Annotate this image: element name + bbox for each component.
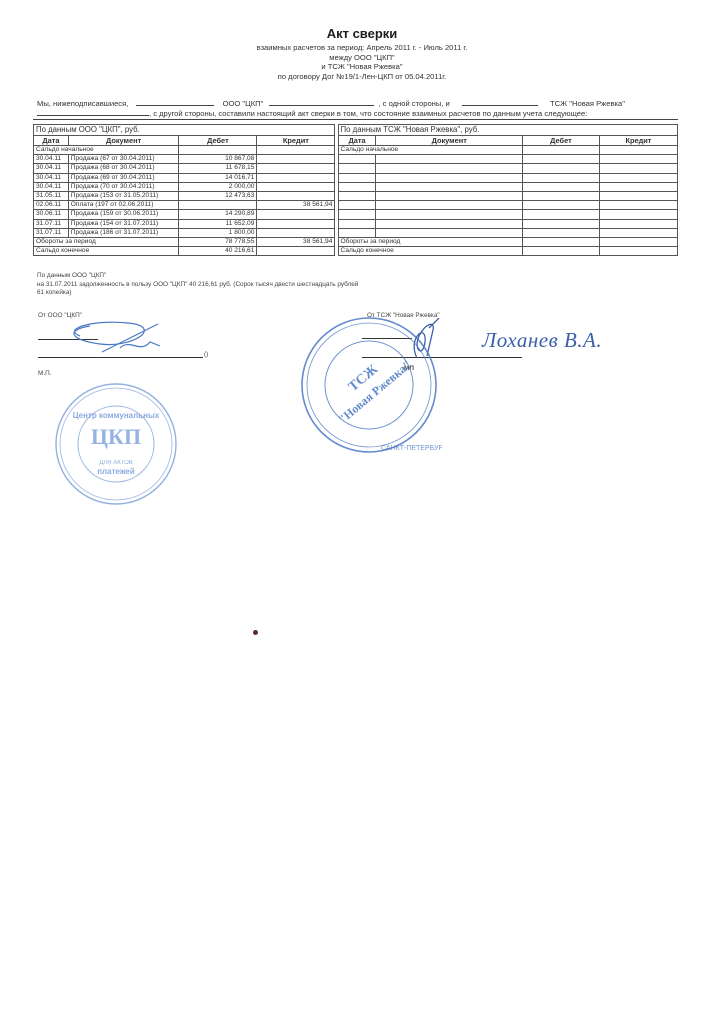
entry-document: Продажа (67 от 30.04.2011)	[68, 155, 179, 164]
turnover-label: Обороты за период	[338, 237, 522, 246]
entry-date: 30.04.11	[34, 173, 69, 182]
table-row: Сальдо начальноеСальдо начальное	[34, 146, 678, 155]
svg-text:платежей: платежей	[97, 467, 135, 476]
table-cell	[522, 228, 599, 237]
table-cell	[599, 247, 677, 256]
table-cell	[599, 182, 677, 191]
entry-credit	[257, 173, 335, 182]
table-cell	[599, 146, 677, 155]
entry-document: Продажа (159 от 30.06.2011)	[68, 210, 179, 219]
and-line: и ТСЖ "Новая Ржевка"	[0, 62, 724, 71]
entry-credit	[257, 219, 335, 228]
entry-date: 31.07.11	[34, 219, 69, 228]
party-2: ТСЖ "Новая Ржевка"	[550, 99, 625, 108]
entry-document: Продажа (154 от 31.07.2011)	[68, 219, 179, 228]
table-cell	[599, 191, 677, 200]
entry-debit: 10 867,08	[179, 155, 257, 164]
turnover-label: Обороты за период	[34, 237, 179, 246]
entry-credit	[257, 228, 335, 237]
table-cell	[179, 146, 257, 155]
table-cell	[599, 201, 677, 210]
blank-field	[37, 108, 149, 116]
table-row: 31.05.11Продажа (153 от 31.05.2011)12 47…	[34, 191, 678, 200]
entry-date: 02.06.11	[34, 201, 69, 210]
table-cell	[376, 155, 522, 164]
entry-document: Продажа (68 от 30.04.2011)	[68, 164, 179, 173]
table-cell	[599, 210, 677, 219]
table-cell	[338, 210, 376, 219]
table-row: 30.04.11Продажа (70 от 30.04.2011)2 000,…	[34, 182, 678, 191]
between-line: между ООО "ЦКП"	[0, 53, 724, 62]
blank-field	[269, 98, 374, 106]
table-row: 31.07.11Продажа (154 от 31.07.2011)11 65…	[34, 219, 678, 228]
ckp-stamp-icon: ЦКП Центр коммунальных платежей ДЛЯ АКТО…	[44, 378, 184, 508]
closing-balance-label: Сальдо конечное	[338, 247, 522, 256]
table-cell	[338, 155, 376, 164]
entry-debit	[179, 201, 257, 210]
blank-field	[462, 98, 538, 106]
entry-debit: 14 290,89	[179, 210, 257, 219]
entry-date: 31.05.11	[34, 191, 69, 200]
entry-date: 30.04.11	[34, 164, 69, 173]
left-caption: По данным ООО "ЦКП", руб.	[34, 125, 335, 136]
table-cell	[522, 173, 599, 182]
closing-debit: 40 216,61	[179, 247, 257, 256]
table-cell	[376, 219, 522, 228]
table-cell	[376, 210, 522, 219]
entry-credit	[257, 191, 335, 200]
table-cell	[338, 164, 376, 173]
entry-debit: 11 678,15	[179, 164, 257, 173]
table-cell	[338, 191, 376, 200]
opening-balance-label: Сальдо начальное	[34, 146, 179, 155]
entry-debit: 1 800,00	[179, 228, 257, 237]
table-cell	[522, 191, 599, 200]
opening-balance-label: Сальдо начальное	[338, 146, 522, 155]
column-header: Дата	[338, 136, 376, 146]
tszh-stamp-icon: ТСЖ "Новая Ржевка" САНКТ-ПЕТЕРБУРГ	[296, 312, 442, 458]
entry-debit: 11 652,09	[179, 219, 257, 228]
entry-date: 30.06.11	[34, 210, 69, 219]
entry-document: Продажа (70 от 30.04.2011)	[68, 182, 179, 191]
table-cell	[522, 247, 599, 256]
table-cell	[257, 146, 335, 155]
table-cell	[599, 219, 677, 228]
debt-note: По данным ООО "ЦКП" на 31.07.2011 задолж…	[37, 272, 367, 298]
table-cell	[338, 182, 376, 191]
table-cell	[338, 228, 376, 237]
table-cell	[376, 191, 522, 200]
svg-text:ДЛЯ АКТОВ: ДЛЯ АКТОВ	[99, 460, 133, 466]
table-cell	[522, 155, 599, 164]
table-cell	[599, 228, 677, 237]
intro-text-2: , с одной стороны, и	[378, 99, 449, 108]
table-row: 30.04.11Продажа (68 от 30.04.2011)11 678…	[34, 164, 678, 173]
table-row: 30.04.11Продажа (69 от 30.04.2011)14 016…	[34, 173, 678, 182]
table-cell	[599, 237, 677, 246]
table-row: ДатаДокументДебетКредитДатаДокументДебет…	[34, 136, 678, 146]
entry-document: Продажа (186 от 31.07.2011)	[68, 228, 179, 237]
intro-line-2: , с другой стороны, составили настоящий …	[37, 108, 677, 118]
table-cell	[376, 182, 522, 191]
party-1: ООО "ЦКП"	[223, 99, 264, 108]
table-cell	[338, 201, 376, 210]
column-header: Документ	[376, 136, 522, 146]
entry-credit	[257, 164, 335, 173]
svg-text:ЦКП: ЦКП	[91, 424, 141, 449]
svg-text:САНКТ-ПЕТЕРБУРГ: САНКТ-ПЕТЕРБУРГ	[381, 445, 442, 452]
entry-date: 30.04.11	[34, 182, 69, 191]
entry-debit: 14 016,71	[179, 173, 257, 182]
entry-debit: 2 000,00	[179, 182, 257, 191]
note-debt-statement: на 31.07.2011 задолженность в пользу ООО…	[37, 281, 367, 298]
table-cell	[338, 173, 376, 182]
table-cell	[376, 228, 522, 237]
column-header: Документ	[68, 136, 179, 146]
table-cell	[599, 173, 677, 182]
intro-text-1: Мы, нижеподписавшиеся,	[37, 99, 128, 108]
table-cell	[522, 182, 599, 191]
table-cell	[599, 155, 677, 164]
table-cell	[522, 237, 599, 246]
closing-balance-label: Сальдо конечное	[34, 247, 179, 256]
entry-date: 31.07.11	[34, 228, 69, 237]
table-row: 30.06.11Продажа (159 от 30.06.2011)14 29…	[34, 210, 678, 219]
intro-text-3: , с другой стороны, составили настоящий …	[149, 109, 587, 118]
table-cell	[376, 164, 522, 173]
column-header: Дата	[34, 136, 69, 146]
period-line: взаимных расчетов за период: Апрель 2011…	[0, 43, 724, 52]
right-caption: По данным ТСЖ "Новая Ржевка", руб.	[338, 125, 677, 136]
entry-credit	[257, 210, 335, 219]
seal-label-mp: М.П.	[38, 370, 51, 377]
document-title: Акт сверки	[0, 26, 724, 41]
column-header: Кредит	[599, 136, 677, 146]
note-source: По данным ООО "ЦКП"	[37, 272, 367, 281]
intro-line-1: Мы, нижеподписавшиеся, ООО "ЦКП" , с одн…	[37, 98, 677, 108]
turnover-debit: 78 778,55	[179, 237, 257, 246]
reconciliation-table: По данным ООО "ЦКП", руб.По данным ТСЖ "…	[33, 124, 678, 256]
entry-debit: 12 473,63	[179, 191, 257, 200]
table-cell	[522, 146, 599, 155]
svg-text:Центр коммунальных: Центр коммунальных	[73, 411, 160, 420]
table-cell	[522, 210, 599, 219]
entry-credit	[257, 182, 335, 191]
table-row: Сальдо конечное40 216,61Сальдо конечное	[34, 247, 678, 256]
column-header: Дебет	[522, 136, 599, 146]
table-row: 02.06.11Оплата (197 от 02.06.2011)38 561…	[34, 201, 678, 210]
table-row: Обороты за период78 778,5538 561,94Оборо…	[34, 237, 678, 246]
entry-document: Оплата (197 от 02.06.2011)	[68, 201, 179, 210]
table-cell	[522, 201, 599, 210]
closing-credit	[257, 247, 335, 256]
signature-paren: ()	[204, 351, 208, 358]
column-header: Дебет	[179, 136, 257, 146]
blank-field	[136, 98, 214, 106]
column-header: Кредит	[257, 136, 335, 146]
table-cell	[599, 164, 677, 173]
table-row: 30.04.11Продажа (67 от 30.04.2011)10 867…	[34, 155, 678, 164]
contract-line: по договору Дог №19/1-Лен-ЦКП от 05.04.2…	[0, 72, 724, 81]
table-cell	[376, 173, 522, 182]
entry-credit: 38 561,94	[257, 201, 335, 210]
table-cell	[338, 219, 376, 228]
handwritten-name: Лоханев В.А.	[482, 328, 602, 353]
turnover-credit: 38 561,94	[257, 237, 335, 246]
table-top-rule	[33, 119, 678, 120]
entry-document: Продажа (69 от 30.04.2011)	[68, 173, 179, 182]
table-row: 31.07.11Продажа (186 от 31.07.2011)1 800…	[34, 228, 678, 237]
table-cell	[522, 219, 599, 228]
table-row: По данным ООО "ЦКП", руб.По данным ТСЖ "…	[34, 125, 678, 136]
table-cell	[376, 201, 522, 210]
signature-ckp-icon	[40, 318, 170, 360]
ink-dot	[253, 630, 258, 635]
entry-credit	[257, 155, 335, 164]
table-cell	[522, 164, 599, 173]
entry-date: 30.04.11	[34, 155, 69, 164]
entry-document: Продажа (153 от 31.05.2011)	[68, 191, 179, 200]
